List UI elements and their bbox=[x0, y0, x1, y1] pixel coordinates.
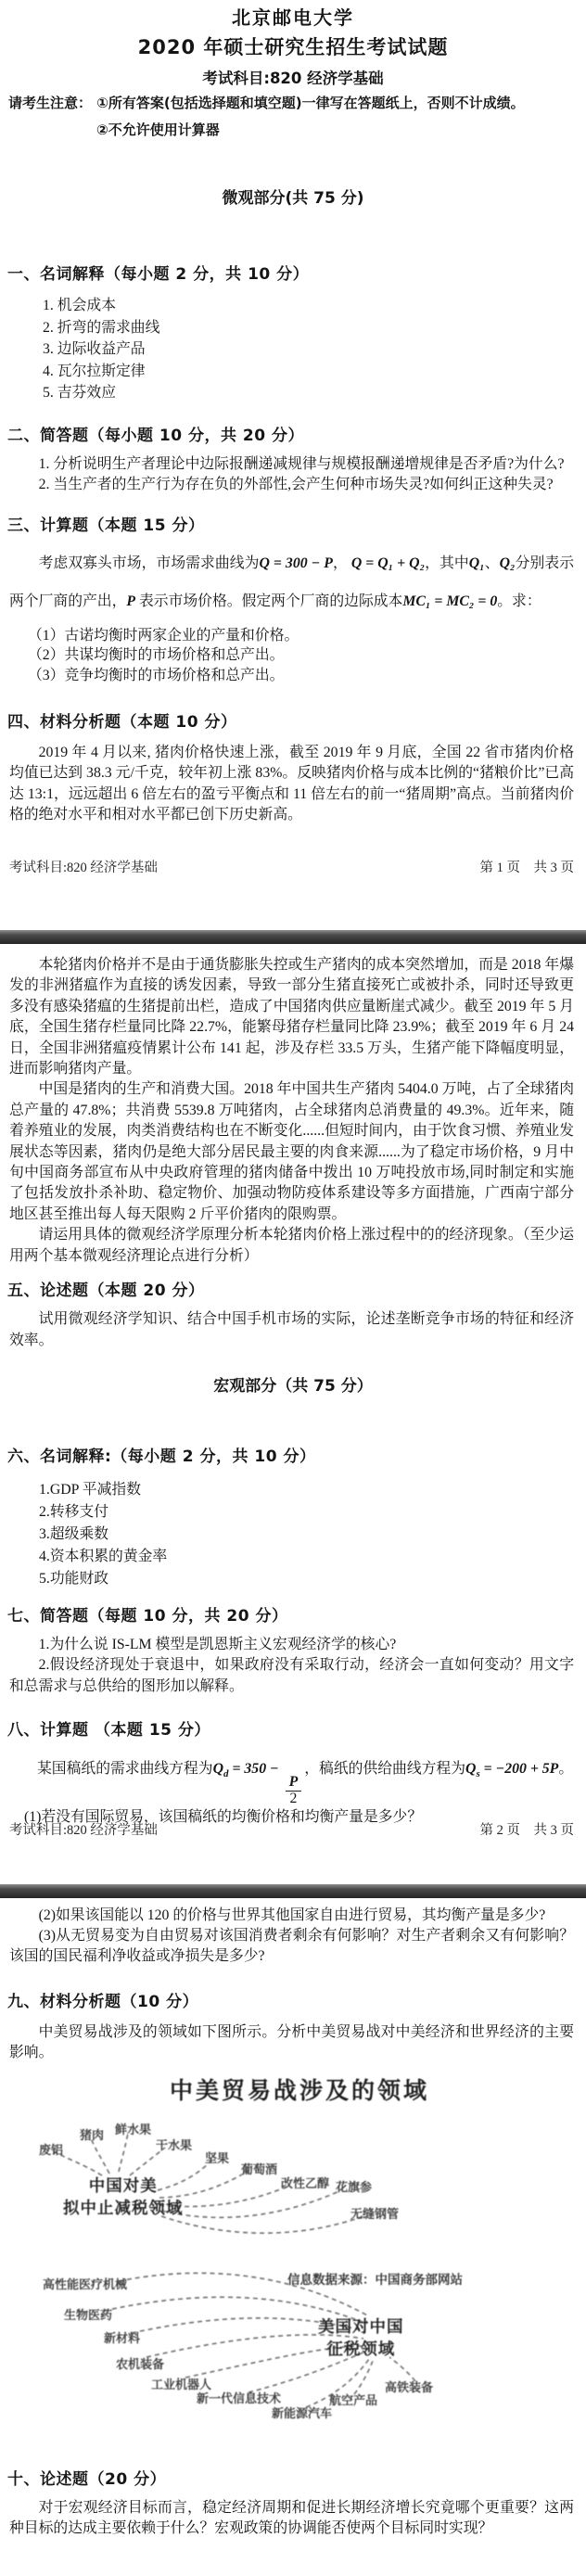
section-8-heading: 八、计算题 （本题 15 分） bbox=[0, 1719, 586, 1741]
figure-label: 高铁装备 bbox=[385, 2378, 433, 2395]
question-text: 中美贸易战涉及的领域如下图所示。分析中美贸易战对中美经济和世界经济的主要影响。 bbox=[0, 2022, 586, 2064]
figure-label: 高性能医疗机械 bbox=[43, 2275, 127, 2292]
macro-part-title: 宏观部分（共 75 分） bbox=[0, 1375, 586, 1397]
q8-formula-mid: ，稿纸的供给曲线方程为 bbox=[304, 1761, 465, 1777]
sub-question: （2）共谋均衡时的市场价格和总产出。 bbox=[28, 645, 586, 666]
sub-question: (3)从无贸易变为自由贸易对该国消费者剩余有何影响？对生产者剩余又有何影响？该国… bbox=[0, 1926, 586, 1967]
section-10-heading: 十、论述题（20 分） bbox=[0, 2468, 586, 2491]
university-name: 北京邮电大学 bbox=[0, 0, 586, 30]
section-3-subitems: （1）古诺均衡时两家企业的产量和价格。 （2）共谋均衡时的市场价格和总产出。 （… bbox=[0, 626, 586, 686]
candidate-notice-2: ②不允许使用计算器 bbox=[0, 121, 586, 139]
candidate-notice-1: 请考生注意： ①所有答案(包括选择题和填空题)一律写在答题纸上，否则不计成绩。 bbox=[0, 94, 586, 112]
footer-page-number: 第 1 页 共 3 页 bbox=[480, 857, 575, 876]
question-text: 对于宏观经济目标而言，稳定经济周期和促进长期经济增长究竟哪个更重要？这两种目标的… bbox=[0, 2498, 586, 2540]
scanned-exam-document: { "header": { "university": "北京邮电大学", "e… bbox=[0, 0, 586, 2576]
figure-hub-label: 中国对美 拟中止减税领域 bbox=[63, 2175, 184, 2220]
figure-label: 废铝 bbox=[39, 2140, 63, 2158]
footer-page-number: 第 2 页 共 3 页 bbox=[480, 1819, 575, 1839]
page-footer: 考试科目:820 经济学基础 第 1 页 共 3 页 bbox=[9, 857, 574, 876]
figure-label: 改性乙醇 bbox=[281, 2174, 329, 2191]
figure-label: 新材料 bbox=[104, 2328, 140, 2346]
question-intro: 考虑双寡头市场，市场需求曲线为Q = 300 − P， Q = Q₁ + Q₂，… bbox=[0, 544, 586, 620]
list-item: 5. 吉芬效应 bbox=[43, 382, 586, 404]
micro-part-title: 微观部分(共 75 分) bbox=[0, 187, 586, 210]
figure-label: 新一代信息技术 bbox=[197, 2389, 281, 2406]
section-3-heading: 三、计算题（本题 15 分） bbox=[0, 515, 586, 537]
math-variable: Q bbox=[465, 1761, 476, 1777]
figure-title: 中美贸易战涉及的领域 bbox=[0, 2077, 586, 2105]
figure-label: 坚果 bbox=[205, 2149, 229, 2166]
sub-question: (2)如果该国能以 120 的价格与世界其他国家自由进行贸易，其均衡产量是多少? bbox=[0, 1906, 586, 1926]
math-variable: Q bbox=[213, 1761, 223, 1777]
material-paragraph: 2019 年 4 月以来, 猪肉价格快速上涨，截至 2019 年 9 月底，全国… bbox=[0, 743, 586, 825]
figure-label: 干水果 bbox=[156, 2136, 192, 2153]
page-2: 本轮猪肉价格并不是由于通货膨胀失控或生产猪肉的成本突然增加，而是 2018 年爆… bbox=[0, 944, 586, 1884]
list-item: 3.超级乘数 bbox=[39, 1524, 586, 1546]
figure-source-note: 信息数据来源：中国商务部网站 bbox=[287, 2269, 463, 2288]
figure-label: 鲜水果 bbox=[115, 2120, 151, 2137]
math-expression: = 350 − bbox=[229, 1761, 283, 1777]
fraction-numerator: P bbox=[286, 1775, 302, 1792]
figure-label: 新能源汽车 bbox=[272, 2404, 332, 2421]
list-item: 3. 边际收益产品 bbox=[43, 338, 586, 361]
figure-label: 农机装备 bbox=[116, 2354, 164, 2372]
figure-label: 生物医药 bbox=[64, 2305, 112, 2323]
q8-formula: 某国稿纸的需求曲线方程为Qd = 350 − P2，稿纸的供给曲线方程为Qs =… bbox=[0, 1747, 586, 1806]
math-expression: = −200 + 5P bbox=[480, 1761, 559, 1777]
material-question: 请运用具体的微观经济学原理分析本轮猪肉价格上涨过程中的的经济现象。（至少运用两个… bbox=[0, 1225, 586, 1267]
page-footer: 考试科目:820 经济学基础 第 2 页 共 3 页 bbox=[9, 1819, 574, 1839]
figure-hub-label: 美国对中国 征税领域 bbox=[318, 2316, 404, 2361]
list-item: 2.转移支付 bbox=[39, 1501, 586, 1524]
footer-subject: 考试科目:820 经济学基础 bbox=[9, 1819, 158, 1839]
list-item: 4.资本积累的黄金率 bbox=[39, 1546, 586, 1568]
material-paragraph: 中国是猪肉的生产和消费大国。2018 年中国共生产猪肉 5404.0 万吨，占了… bbox=[0, 1079, 586, 1225]
section-1-list: 1. 机会成本 2. 折弯的需求曲线 3. 边际收益产品 4. 瓦尔拉斯定律 5… bbox=[0, 295, 586, 404]
list-item: 5.功能财政 bbox=[39, 1568, 586, 1590]
material-paragraph: 本轮猪肉价格并不是由于通货膨胀失控或生产猪肉的成本突然增加，而是 2018 年爆… bbox=[0, 955, 586, 1079]
footer-subject: 考试科目:820 经济学基础 bbox=[9, 857, 158, 876]
question-text: 1. 分析说明生产者理论中边际报酬递减规律与规模报酬递增规律是否矛盾?为什么? bbox=[0, 454, 586, 476]
figure-label: 葡萄酒 bbox=[241, 2160, 277, 2177]
list-item: 4. 瓦尔拉斯定律 bbox=[43, 361, 586, 383]
figure-label: 航空产品 bbox=[329, 2391, 377, 2408]
question-text: 试用微观经济学知识、结合中国手机市场的实际，论述垄断竞争市场的特征和经济效率。 bbox=[0, 1309, 586, 1351]
fraction: P2 bbox=[286, 1775, 302, 1806]
exam-subject: 考试科目:820 经济学基础 bbox=[0, 69, 586, 89]
figure-label: 无缝钢管 bbox=[350, 2204, 399, 2222]
figure-label: 猪肉 bbox=[80, 2125, 104, 2143]
section-6-heading: 六、名词解释:（每小题 2 分，共 10 分） bbox=[0, 1446, 586, 1468]
section-2-heading: 二、简答题（每小题 10 分，共 20 分） bbox=[0, 425, 586, 447]
page-1: 北京邮电大学 2020 年硕士研究生招生考试试题 考试科目:820 经济学基础 … bbox=[0, 0, 586, 930]
figure-label: 花旗参 bbox=[336, 2177, 372, 2195]
list-item: 1.GDP 平减指数 bbox=[39, 1479, 586, 1501]
list-item: 1. 机会成本 bbox=[43, 295, 586, 317]
question-text: 2. 当生产者的生产行为存在负的外部性,会产生何种市场失灵?如何纠正这种失灵? bbox=[0, 475, 586, 496]
page-3: (2)如果该国能以 120 的价格与世界其他国家自由进行贸易，其均衡产量是多少?… bbox=[0, 1898, 586, 2576]
section-7-heading: 七、简答题（每题 10 分，共 20 分） bbox=[0, 1605, 586, 1627]
section-9-heading: 九、材料分析题（10 分） bbox=[0, 1991, 586, 2013]
page-separator bbox=[0, 1884, 586, 1898]
q8-formula-end: 。 bbox=[558, 1761, 573, 1777]
section-1-heading: 一、名词解释（每小题 2 分，共 10 分） bbox=[0, 263, 586, 286]
section-4-heading: 四、材料分析题（本题 10 分） bbox=[0, 711, 586, 733]
section-5-heading: 五、论述题（本题 20 分） bbox=[0, 1280, 586, 1302]
trade-war-figure: 信息数据来源：中国商务部网站 废铝猪肉鲜水果干水果坚果葡萄酒改性乙醇花旗参无缝钢… bbox=[0, 2118, 586, 2452]
q8-formula-pre: 某国稿纸的需求曲线方程为 bbox=[37, 1761, 213, 1777]
fraction-denominator: 2 bbox=[286, 1792, 302, 1807]
sub-question: （3）竞争均衡时的市场价格和总产出。 bbox=[28, 666, 586, 686]
section-6-list: 1.GDP 平减指数 2.转移支付 3.超级乘数 4.资本积累的黄金率 5.功能… bbox=[0, 1479, 586, 1590]
sub-question: （1）古诺均衡时两家企业的产量和价格。 bbox=[28, 626, 586, 646]
exam-title: 2020 年硕士研究生招生考试试题 bbox=[0, 33, 586, 61]
page-separator bbox=[0, 930, 586, 944]
question-text: 1.为什么说 IS-LM 模型是凯恩斯主义宏观经济学的核心? bbox=[0, 1635, 586, 1656]
question-text: 2.假设经济现处于衰退中，如果政府没有采取行动，经济会一直如何变动？用文字和总需… bbox=[0, 1655, 586, 1697]
list-item: 2. 折弯的需求曲线 bbox=[43, 317, 586, 339]
